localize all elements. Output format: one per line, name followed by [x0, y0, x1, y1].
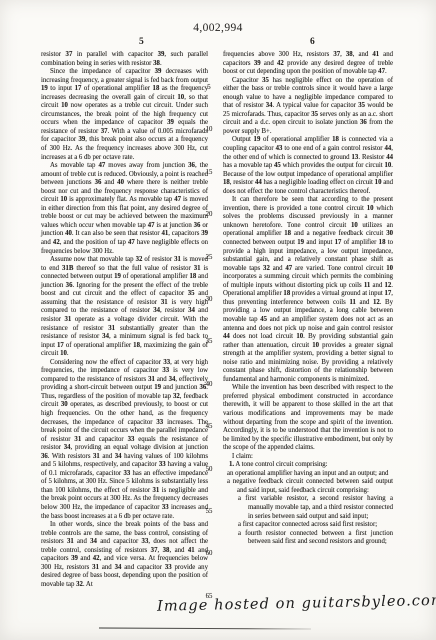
column-6-text: frequencies above 300 Hz, resistors 37, …: [223, 51, 393, 547]
paragraph: Considering now the effect of capacitor …: [41, 359, 208, 521]
line-number: 40: [199, 381, 219, 388]
paragraph: Assume now that movable tap 32 of resist…: [41, 256, 208, 359]
patent-page: 4,002,994 5 6 resistor 37 in parallel wi…: [0, 0, 436, 640]
line-number: 5: [199, 84, 219, 91]
line-number: 10: [199, 126, 219, 133]
paragraph: It can therefore be seen that according …: [223, 196, 393, 384]
paragraph: Since the impedance of capacitor 39 decr…: [41, 68, 208, 162]
line-number: 35: [199, 338, 219, 345]
paragraph: resistor 37 in parallel with capacitor 3…: [41, 51, 208, 68]
column-5-text: resistor 37 in parallel with capacitor 3…: [41, 51, 208, 589]
column-number-6: 6: [310, 37, 315, 47]
paragraph: a negative feedback circuit connected be…: [223, 478, 393, 495]
line-number: 45: [199, 423, 219, 430]
line-number-gutter: 5101520253035404550556065: [199, 0, 219, 640]
paragraph: Output 19 of operational amplifier 18 is…: [223, 136, 393, 196]
paragraph: a fourth resistor connected between a fi…: [223, 530, 393, 547]
line-number: 25: [199, 254, 219, 261]
paragraph: frequencies above 300 Hz, resistors 37, …: [223, 51, 393, 77]
line-number: 30: [199, 296, 219, 303]
paragraph: While the invention has been described w…: [223, 384, 393, 452]
line-number: 60: [199, 550, 219, 557]
line-number: 55: [199, 508, 219, 515]
paragraph: As movable tap 47 moves away from juncti…: [41, 162, 208, 256]
line-number: 15: [199, 169, 219, 176]
paragraph: I claim:: [223, 453, 393, 462]
line-number: 20: [199, 211, 219, 218]
paragraph: In other words, since the break points o…: [41, 521, 208, 589]
paragraph: a first capacitor connected across said …: [223, 521, 393, 530]
paragraph: 1. A tone control circuit comprising:: [223, 461, 393, 470]
paragraph: Capacitor 35 has negligible effect on th…: [223, 77, 393, 137]
watermark-text: Image hosted on guitarsbyleo.com: [157, 593, 417, 614]
line-number: 50: [199, 466, 219, 473]
column-number-5: 5: [139, 37, 144, 47]
paragraph: a first variable resistor, a second resi…: [223, 495, 393, 521]
